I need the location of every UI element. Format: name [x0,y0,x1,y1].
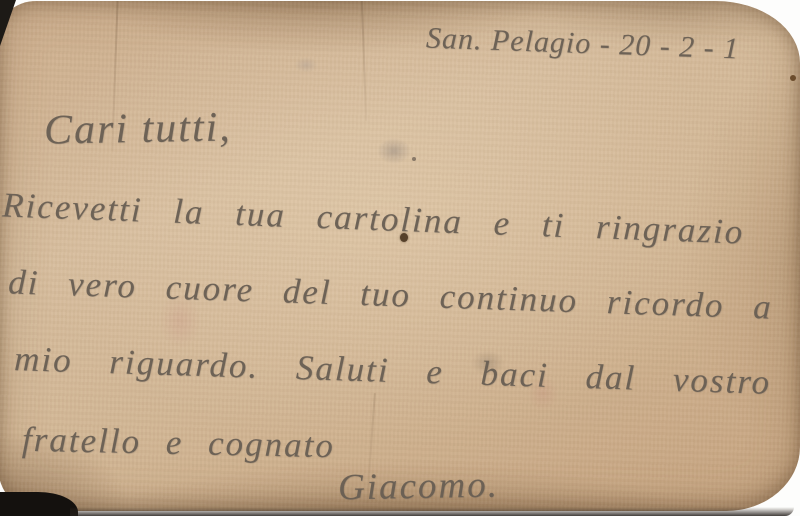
paper-crease [361,1,367,121]
handwritten-body-line: fratello e cognato [22,420,336,467]
paper-speck [790,75,796,81]
handwritten-signature: Giacomo. [338,464,500,510]
handwritten-body-line: di vero cuore del tuo continuo ricordo a [8,262,774,327]
handwritten-dateline: San. Pelagio - 20 - 2 - 1 [426,22,740,67]
paper-speck [412,157,416,161]
scanned-postcard: San. Pelagio - 20 - 2 - 1 Cari tutti, Ri… [0,0,800,516]
handwritten-body-line: mio riguardo. Saluti e baci dal vostro [14,339,772,403]
torn-bottom-edge-shadow [70,507,794,516]
handwritten-body-line: Ricevetti la tua cartolina e ti ringrazi… [2,185,745,252]
handwritten-salutation: Cari tutti, [44,103,233,154]
postcard-paper: San. Pelagio - 20 - 2 - 1 Cari tutti, Ri… [0,1,800,511]
